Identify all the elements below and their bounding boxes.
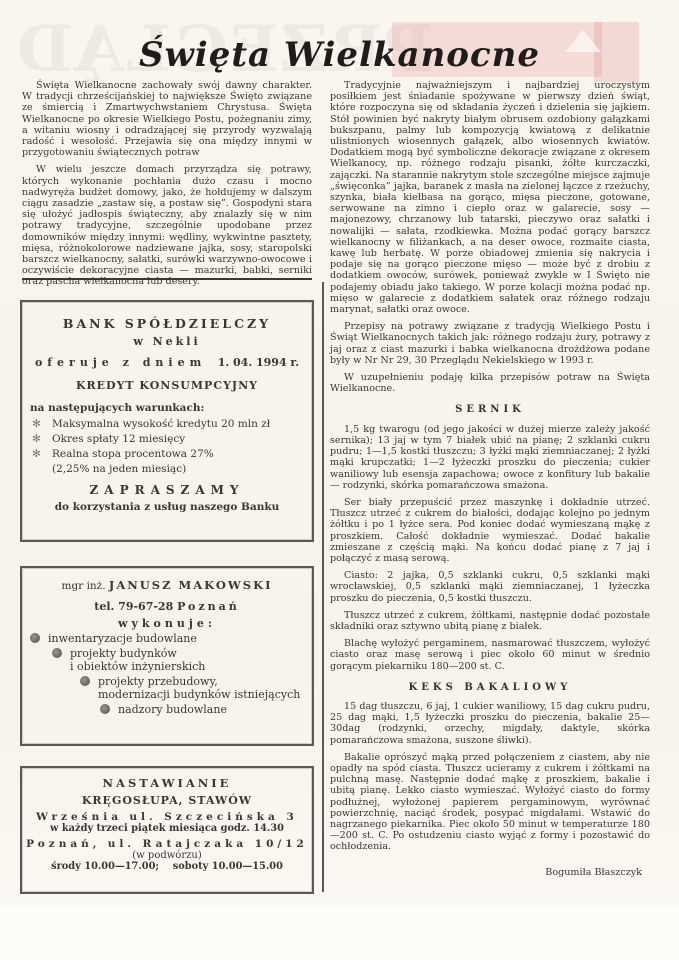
page-margin-bottom xyxy=(0,906,679,960)
bank-offer-date: 1. 04. 1994 r. xyxy=(218,356,299,369)
asterisk-bullet-icon: ✻ xyxy=(32,418,52,430)
chiro-hours: środy 10.00—17.00; soboty 10.00—15.00 xyxy=(22,861,312,872)
bank-product: KREDYT KONSUMPCYJNY xyxy=(22,379,312,392)
recipe-title-keks: KEKS BAKALIOWY xyxy=(330,682,650,693)
column-divider xyxy=(322,282,324,892)
article-column-left: Święta Wielkanocne zachowały swój dawny … xyxy=(22,80,312,294)
recipe-paragraph: Ciasto: 2 jajka, 0,5 szklanki cukru, 0,5… xyxy=(330,570,650,604)
recipe-paragraph: Blachę wyłożyć pergaminem, nasmarować tł… xyxy=(330,638,650,672)
author-signature: Bogumiła Błaszczyk xyxy=(330,867,650,878)
chiropractic-advertisement: NASTAWIANIE KRĘGOSŁUPA, STAWÓW Września … xyxy=(20,766,314,894)
round-bullet-icon xyxy=(52,648,62,658)
round-bullet-icon xyxy=(30,633,40,643)
architect-tel: 79-67-28 xyxy=(118,600,173,613)
round-bullet-icon xyxy=(100,704,110,714)
article-paragraph: W wielu jeszcze domach przyrządza się po… xyxy=(22,164,312,287)
bank-invite: ZAPRASZAMY xyxy=(22,483,312,497)
bank-condition-item: ✻Realna stopa procentowa 27% xyxy=(32,448,312,460)
recipe-paragraph: 1,5 kg twarogu (od jego jakości w dużej … xyxy=(330,424,650,491)
bank-condition-note: (2,25% na jeden miesiąc) xyxy=(32,463,312,475)
architect-services-label: wykonuje: xyxy=(22,617,312,630)
chiro-location-2-note: (w podwórzu) xyxy=(22,850,312,861)
bank-invite-sub: do korzystania z usług naszego Banku xyxy=(22,501,312,513)
bank-city: w Nekli xyxy=(22,335,312,348)
article-title: Święta Wielkanocne xyxy=(0,35,679,75)
article-column-right: Tradycyjnie najważniejszym i najbardziej… xyxy=(330,80,650,878)
service-text: nadzory budowlane xyxy=(118,703,227,716)
chiro-hours-saturday: soboty 10.00—15.00 xyxy=(173,861,283,872)
recipe-paragraph: Tłuszcz utrzeć z cukrem, żółtkami, nastę… xyxy=(330,610,650,632)
chiro-location-2-city: Poznań, xyxy=(26,838,100,850)
architect-contact: tel. 79-67-28 Poznań xyxy=(22,600,312,613)
service-text: projekty przebudowy, xyxy=(98,675,218,688)
recipe-paragraph: Bakalie oprószyć mąką przed połączeniem … xyxy=(330,752,650,853)
bank-conditions-list: ✻Maksymalna wysokość kredytu 20 mln zł ✻… xyxy=(32,418,312,475)
architect-name: JANUSZ MAKOWSKI xyxy=(109,578,273,592)
bank-condition-note-text: (2,25% na jeden miesiąc) xyxy=(52,463,186,475)
chiro-location-1-time: w każdy trzeci piątek miesiąca godz. 14.… xyxy=(22,823,312,834)
recipe-paragraph: Ser biały przepuścić przez maszynkę i do… xyxy=(330,497,650,564)
chiro-location-2-street: ul. Ratajczaka 10/12 xyxy=(108,838,308,850)
service-text-continued: modernizacji budynków istniejących xyxy=(98,688,312,701)
bank-condition-text: Okres spłaty 12 miesięcy xyxy=(52,433,185,445)
recipe-paragraph: 15 dag tłuszczu, 6 jaj, 1 cukier wanilio… xyxy=(330,701,650,746)
horizontal-rule xyxy=(22,278,312,280)
architect-tel-label: tel. xyxy=(94,600,114,613)
bank-name: BANK SPÓŁDZIELCZY xyxy=(22,316,312,331)
service-item: nadzory budowlane xyxy=(100,703,312,716)
service-text: projekty budynków xyxy=(70,647,177,660)
service-item: projekty budynków i obiektów inżynierski… xyxy=(52,647,312,673)
service-text: inwentaryzacje budowlane xyxy=(48,632,197,645)
article-paragraph: Przepisy na potrawy związane z tradycją … xyxy=(330,321,650,366)
architect-name-line: mgr inż. JANUSZ MAKOWSKI xyxy=(22,578,312,592)
article-paragraph: W uzupełnieniu podaję kilka przepisów po… xyxy=(330,372,650,394)
asterisk-bullet-icon: ✻ xyxy=(32,433,52,445)
bank-condition-text: Maksymalna wysokość kredytu 20 mln zł xyxy=(52,418,270,430)
bank-conditions-label: na następujących warunkach: xyxy=(30,402,312,414)
chiro-location-2: Poznań, ul. Ratajczaka 10/12 xyxy=(22,838,312,850)
chiro-title: NASTAWIANIE xyxy=(22,776,312,790)
chiro-location-1-city: Września xyxy=(36,811,122,823)
service-item: inwentaryzacje budowlane xyxy=(30,632,312,645)
bank-condition-item: ✻Maksymalna wysokość kredytu 20 mln zł xyxy=(32,418,312,430)
article-paragraph: Święta Wielkanocne zachowały swój dawny … xyxy=(22,80,312,158)
recipe-title-sernik: SERNIK xyxy=(330,404,650,415)
architect-services-list: inwentaryzacje budowlane projekty budynk… xyxy=(22,632,312,716)
service-text-continued: i obiektów inżynierskich xyxy=(70,660,312,673)
service-item: projekty przebudowy, modernizacji budynk… xyxy=(80,675,312,701)
bank-offer-label: oferuje z dniem xyxy=(35,356,206,369)
chiro-location-1: Września ul. Szczecińska 3 xyxy=(22,811,312,823)
bank-condition-item: ✻Okres spłaty 12 miesięcy xyxy=(32,433,312,445)
architect-title-prefix: mgr inż. xyxy=(62,580,106,592)
article-paragraph: Tradycyjnie najważniejszym i najbardziej… xyxy=(330,80,650,315)
bank-offer-line: oferuje z dniem 1. 04. 1994 r. xyxy=(22,356,312,369)
round-bullet-icon xyxy=(80,676,90,686)
bank-condition-text: Realna stopa procentowa 27% xyxy=(52,448,214,460)
asterisk-bullet-icon: ✻ xyxy=(32,448,52,460)
architect-advertisement: mgr inż. JANUSZ MAKOWSKI tel. 79-67-28 P… xyxy=(20,566,314,746)
architect-city: Poznań xyxy=(177,600,240,613)
bank-advertisement: BANK SPÓŁDZIELCZY w Nekli oferuje z dnie… xyxy=(20,300,314,542)
chiro-subtitle: KRĘGOSŁUPA, STAWÓW xyxy=(22,794,312,807)
chiro-hours-wednesday: środy 10.00—17.00; xyxy=(51,861,159,872)
chiro-location-1-street: ul. Szczecińska 3 xyxy=(129,811,297,823)
